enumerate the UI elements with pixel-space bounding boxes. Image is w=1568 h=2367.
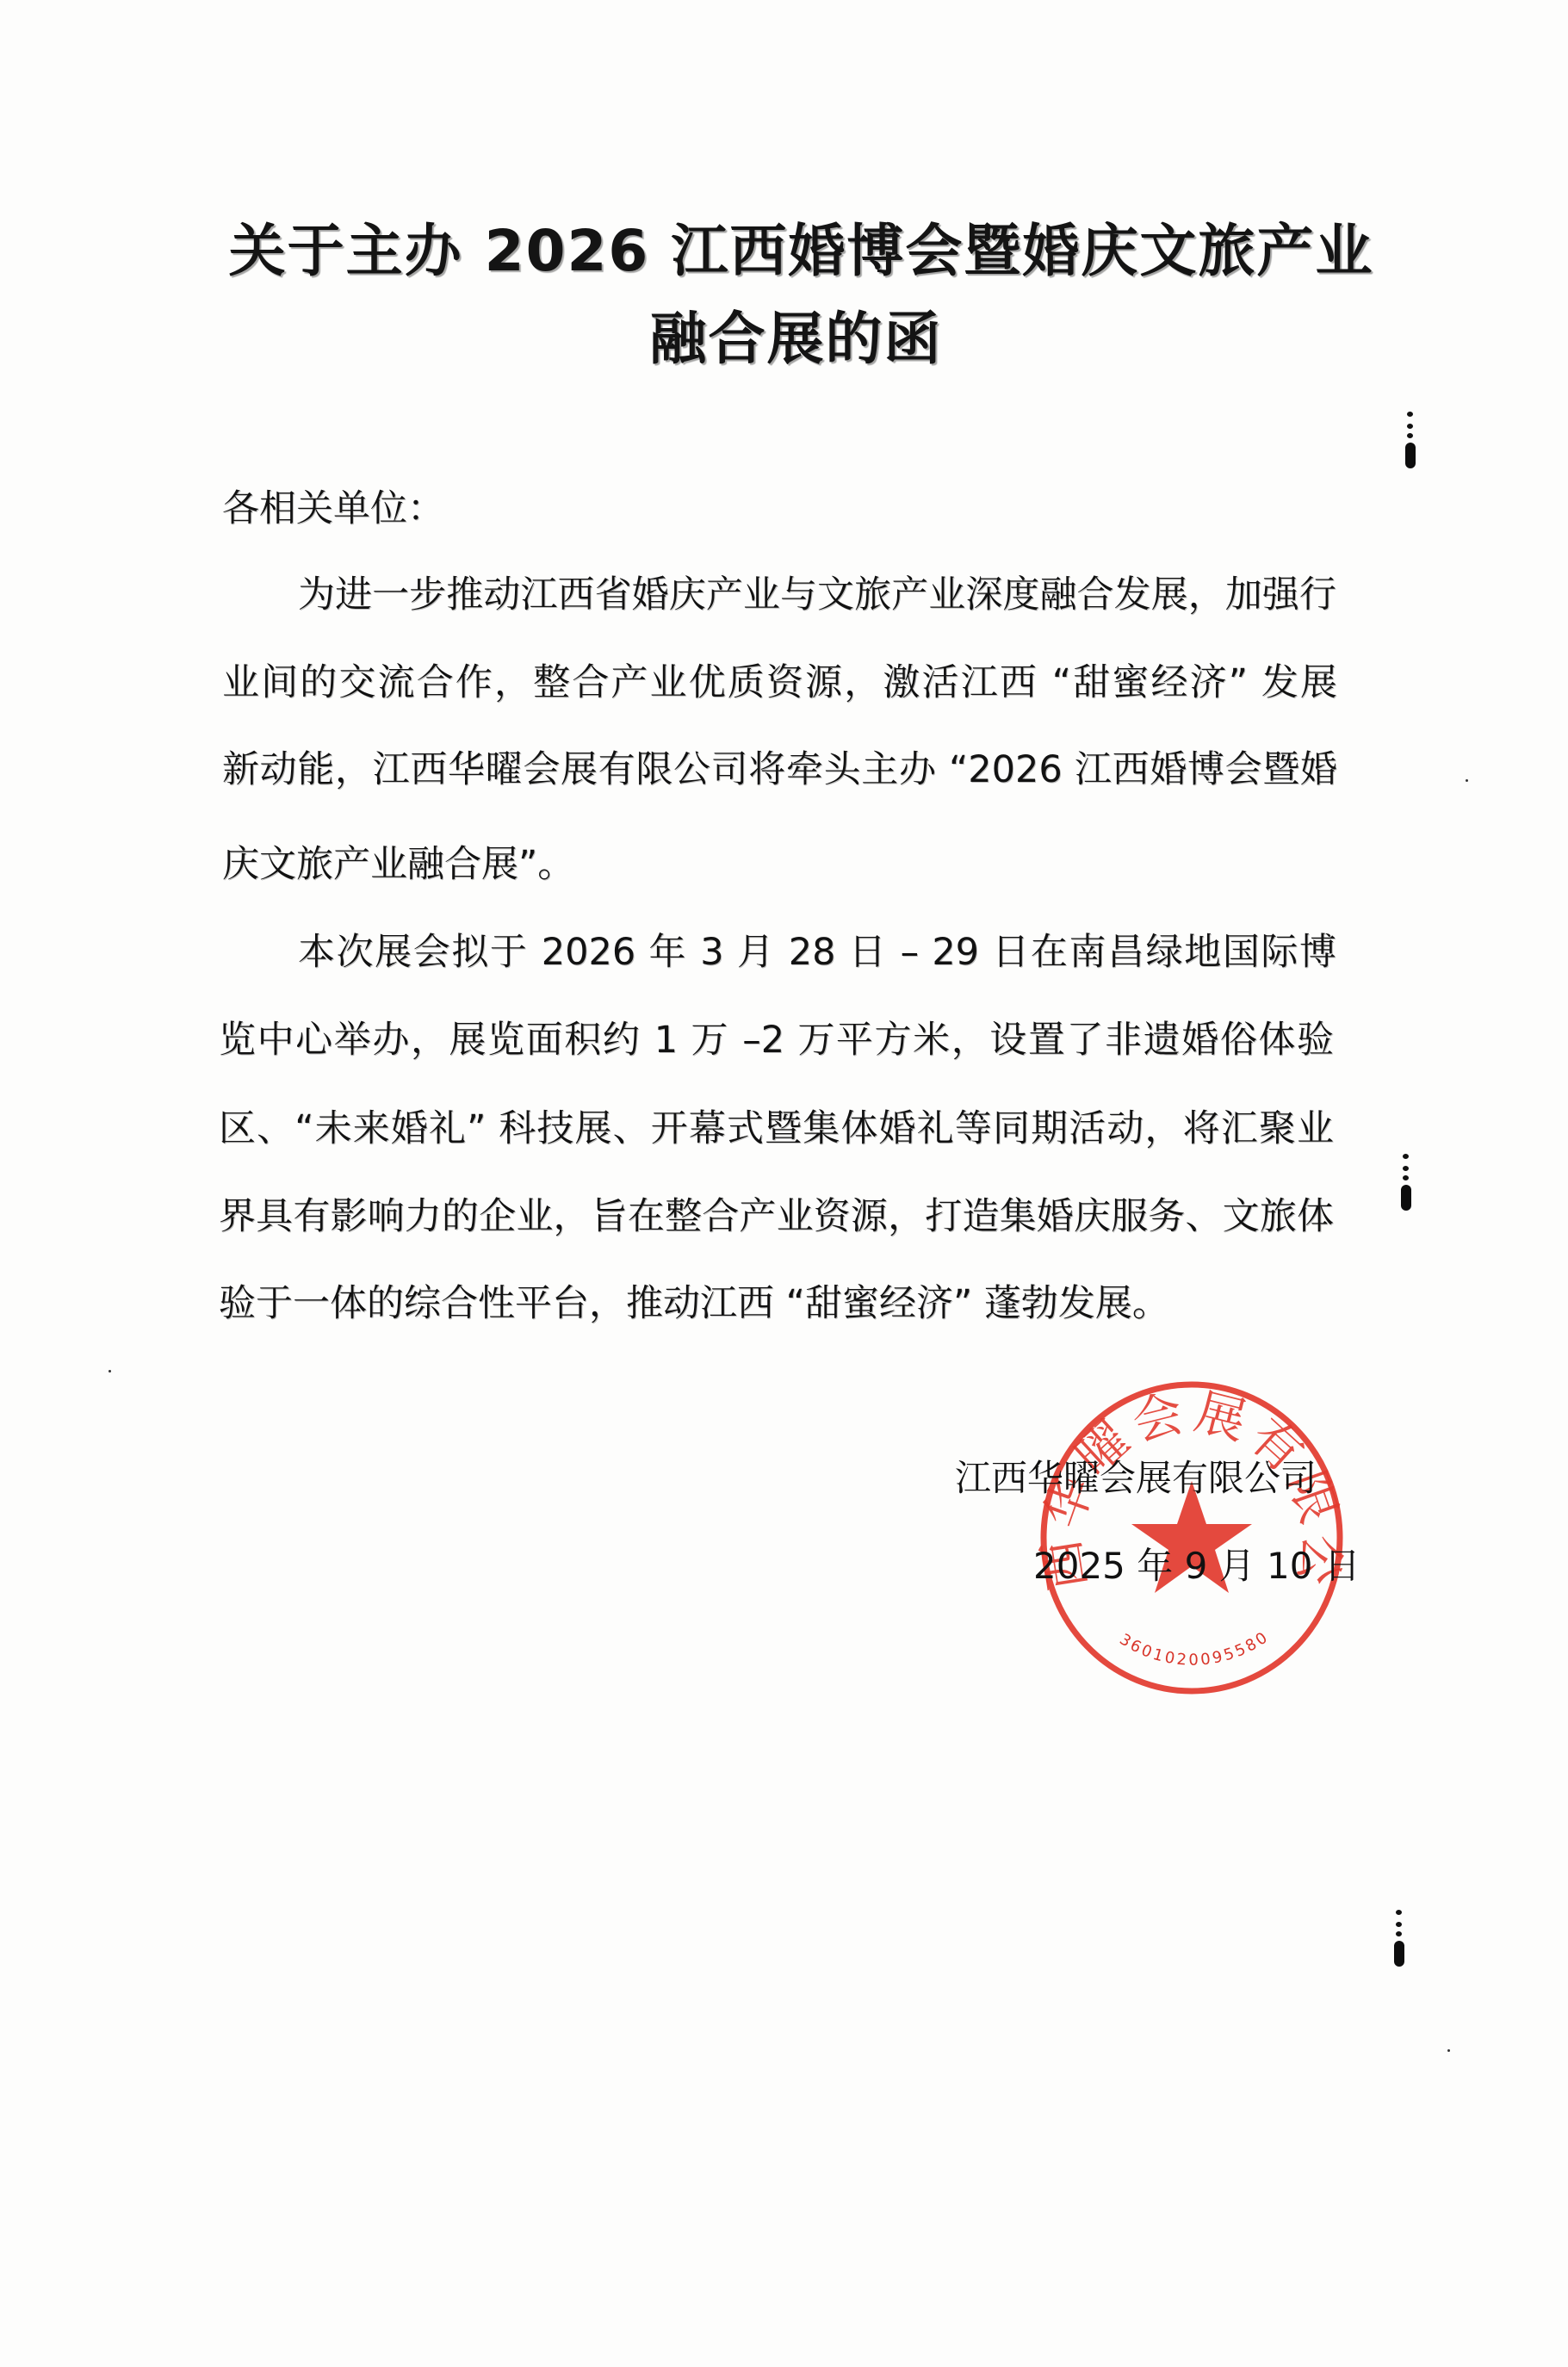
scan-speck xyxy=(1447,2049,1450,2052)
scan-speck xyxy=(1466,779,1468,782)
paragraph-line: 为进一步推动江西省婚庆产业与文旅产业深度融合发展，加强行 xyxy=(298,573,1336,617)
document-title-line-2: 融合展的函 xyxy=(12,293,1568,375)
paragraph-line: 验于一体的综合性平台，推动江西 “甜蜜经济” 蓬勃发展。 xyxy=(219,1282,1169,1325)
paragraph-line: 界具有影响力的企业，旨在整合产业资源，打造集婚庆服务、文旅体 xyxy=(219,1195,1334,1238)
signature-organization: 江西华曜会展有限公司 xyxy=(955,1450,1317,1502)
binding-mark xyxy=(1404,412,1416,465)
scan-speck xyxy=(108,1370,111,1372)
paragraph-line: 区、“未来婚礼” 科技展、开幕式暨集体婚礼等同期活动，将汇聚业 xyxy=(219,1107,1334,1150)
svg-text:3601020095580: 3601020095580 xyxy=(1116,1627,1273,1670)
paragraph-line: 新动能，江西华曜会展有限公司将牵头主办 “2026 江西婚博会暨婚 xyxy=(222,748,1337,791)
document-title-line-1: 关于主办 2026 江西婚博会暨婚庆文旅产业 xyxy=(17,205,1568,287)
paragraph-line: 本次展会拟于 2026 年 3 月 28 日 – 29 日在南昌绿地国际博 xyxy=(298,931,1336,974)
binding-mark xyxy=(1400,1154,1412,1207)
signature-date: 2025 年 9 月 10 日 xyxy=(1033,1538,1360,1589)
paragraph-line: 览中心举办，展览面积约 1 万 –2 万平方米，设置了非遗婚俗体验 xyxy=(219,1019,1334,1062)
paragraph-line: 庆文旅产业融合展”。 xyxy=(222,843,574,886)
binding-mark xyxy=(1393,1910,1405,1963)
paragraph-line: 业间的交流合作，整合产业优质资源，激活江西 “甜蜜经济” 发展 xyxy=(222,661,1337,704)
salutation: 各相关单位： xyxy=(222,487,444,530)
